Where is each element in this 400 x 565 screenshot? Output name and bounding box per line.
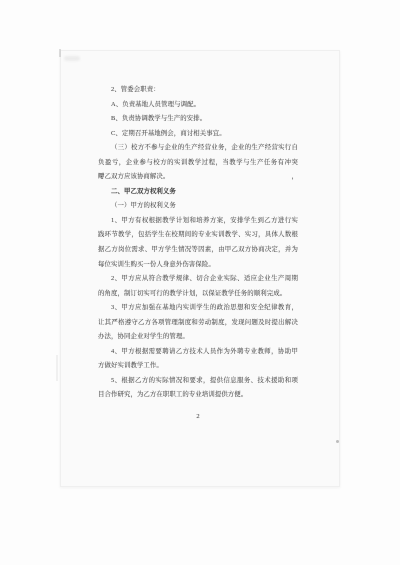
document-line: 目合作研究，为乙方在职职工的专业培训提供方便。 [98,388,298,403]
document-line: 每位实训生购买一份人身意外伤害保险。 [98,258,298,273]
scan-artifact-streak [56,355,58,381]
subsection-heading: （一）甲方的权利义务 [98,199,298,214]
document-line: 4、甲方根据需要聘请乙方技术人员作为外聘专业教师，协助甲 [98,345,298,360]
document-line: 2、甲方应从符合教学规律、切合企业实际、适应企业生产周期 [98,272,298,287]
document-line: （三）校方不参与企业的生产经营业务，企业的生产经营实行自 [98,141,298,156]
document-line: 据乙方岗位需求、甲方学生情况等因素，由甲乙双方协商决定，并为 [98,243,298,258]
document-line: 3、甲方应加强在基地内实训学生的政治思想和安全纪律教育， [98,301,298,316]
document-line: 的角度，制订切实可行的教学计划，以保证教学任务的顺利完成。 [98,287,298,302]
document-line: C、定期召开基地例会，商讨相关事宜。 [98,127,298,142]
document-line: 负盈亏，企业参与校方的实训教学过程，当教学与生产任务有冲突时， [98,156,298,171]
document-line: 践环节教学，包括学生在校期间的专业实训教学、实习，具体人数根 [98,228,298,243]
page-number: 2 [98,410,298,424]
document-line: B、负责协调教学与生产的安排。 [98,112,298,127]
document-line: A、负责基地人员管理与调配。 [98,98,298,113]
document-line: 办法，协同企业对学生的管理。 [98,330,298,345]
document-line: 2、管委会职责： [98,83,298,98]
document-line: 1、甲方有权根据教学计划和培养方案，安排学生到乙方进行实 [98,214,298,229]
document-line: 让其严格遵守乙方各项管理制度和劳动制度，发现问题及时提出解决 [98,316,298,331]
section-heading: 二、甲乙双方权利义务 [98,185,298,200]
scan-background: 2、管委会职责： A、负责基地人员管理与调配。 B、负责协调教学与生产的安排。 … [0,0,400,565]
document-page: 2、管委会职责： A、负责基地人员管理与调配。 B、负责协调教学与生产的安排。 … [60,50,340,487]
document-body: 2、管委会职责： A、负责基地人员管理与调配。 B、负责协调教学与生产的安排。 … [98,83,298,424]
document-line: 5、根据乙方的实际情况和要求，提供信息服务、技术援助和项 [98,374,298,389]
document-line: 方做好实训教学工作。 [98,359,298,374]
